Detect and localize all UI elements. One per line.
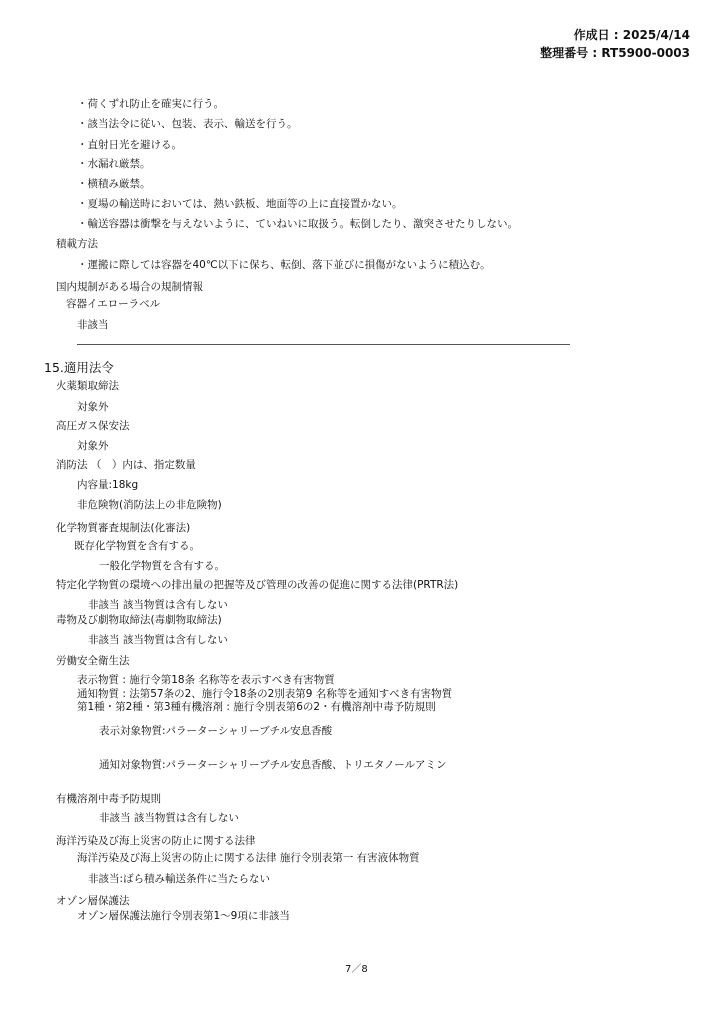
page-number: 7／8 (345, 963, 368, 977)
fire-service-content: 内容量:18kg (77, 478, 138, 492)
industrial-safety-law-title: 労働安全衛生法 (56, 654, 130, 668)
high-pressure-gas-value: 対象外 (77, 439, 109, 453)
section-15-title: 15.適用法令 (44, 361, 114, 375)
industrial-safety-line3: 第1種・第2種・第3種有機溶剤 : 施行令別表第6の2・有機溶剤中毒予防規則 (77, 700, 436, 714)
domestic-regulation-title: 国内規制がある場合の規制情報 (56, 280, 203, 294)
ozone-law-title: オゾン層保護法 (56, 894, 130, 908)
poisonous-law-title: 毒物及び劇物取締法(毒劇物取締法) (56, 613, 222, 627)
loading-method-item: ・運搬に際しては容器を40℃以下に保ち、転倒、落下並びに損傷がないように積込む。 (77, 258, 491, 272)
precaution-item: ・該当法令に従い、包装、表示、輸送を行う。 (77, 117, 298, 131)
marine-pollution-line2: 非該当:ばら積み輸送条件に当たらない (88, 872, 270, 886)
loading-method-title: 積載方法 (56, 237, 98, 251)
industrial-safety-line2: 通知物質 : 法第57条の2、施行令18条の2別表第9 名称等を通知すべき有害物… (77, 687, 452, 701)
chemical-control-law-title: 化学物質審査規制法(化審法) (56, 521, 190, 535)
industrial-safety-line1: 表示物質 : 施行令第18条 名称等を表示すべき有害物質 (77, 673, 335, 687)
fire-service-classification: 非危険物(消防法上の非危険物) (77, 498, 222, 512)
chemical-control-line1: 既存化学物質を含有する。 (74, 539, 200, 553)
industrial-safety-notify-target: 通知対象物質:パラーターシャリーブチル安息香酸、トリエタノールアミン (99, 758, 447, 772)
precaution-item: ・荷くずれ防止を確実に行う。 (77, 97, 224, 111)
marine-pollution-line1: 海洋汚染及び海上災害の防止に関する法律 施行令別表第一 有害液体物質 (77, 851, 420, 865)
precaution-item: ・直射日光を避ける。 (77, 138, 182, 152)
prtr-law-value: 非該当 該当物質は含有しない (88, 598, 228, 612)
yellow-label-value: 非該当 (77, 318, 109, 332)
precaution-item: ・横積み厳禁。 (77, 177, 151, 191)
chemical-control-line2: 一般化学物質を含有する。 (99, 559, 225, 573)
industrial-safety-label-target: 表示対象物質:パラーターシャリーブチル安息香酸 (99, 724, 332, 738)
yellow-label-title: 容器イエローラベル (66, 297, 160, 311)
organic-solvent-rule-value: 非該当 該当物質は含有しない (99, 811, 239, 825)
explosives-law-value: 対象外 (77, 400, 109, 414)
poisonous-law-value: 非該当 該当物質は含有しない (88, 633, 228, 647)
precaution-item: ・夏場の輸送時においては、熱い鉄板、地面等の上に直接置かない。 (77, 197, 403, 211)
control-number: 整理番号 : RT5900-0003 (540, 46, 690, 60)
explosives-law-title: 火薬類取締法 (56, 379, 119, 393)
fire-service-law-title: 消防法 （ ）内は、指定数量 (56, 458, 196, 472)
created-date: 作成日 : 2025/4/14 (574, 28, 690, 42)
marine-pollution-law-title: 海洋汚染及び海上災害の防止に関する法律 (56, 834, 256, 848)
precaution-item: ・水漏れ厳禁。 (77, 157, 151, 171)
prtr-law-title: 特定化学物質の環境への排出量の把握等及び管理の改善の促進に関する法律(PRTR法… (56, 578, 458, 592)
ozone-law-value: オゾン層保護法施行令別表第1～9項に非該当 (77, 909, 290, 923)
section-divider (77, 344, 570, 345)
organic-solvent-rule-title: 有機溶剤中毒予防規則 (56, 792, 161, 806)
high-pressure-gas-title: 高圧ガス保安法 (56, 419, 130, 433)
precaution-item: ・輸送容器は衝撃を与えないように、ていねいに取扱う。転倒したり、激突させたりしな… (77, 217, 518, 231)
